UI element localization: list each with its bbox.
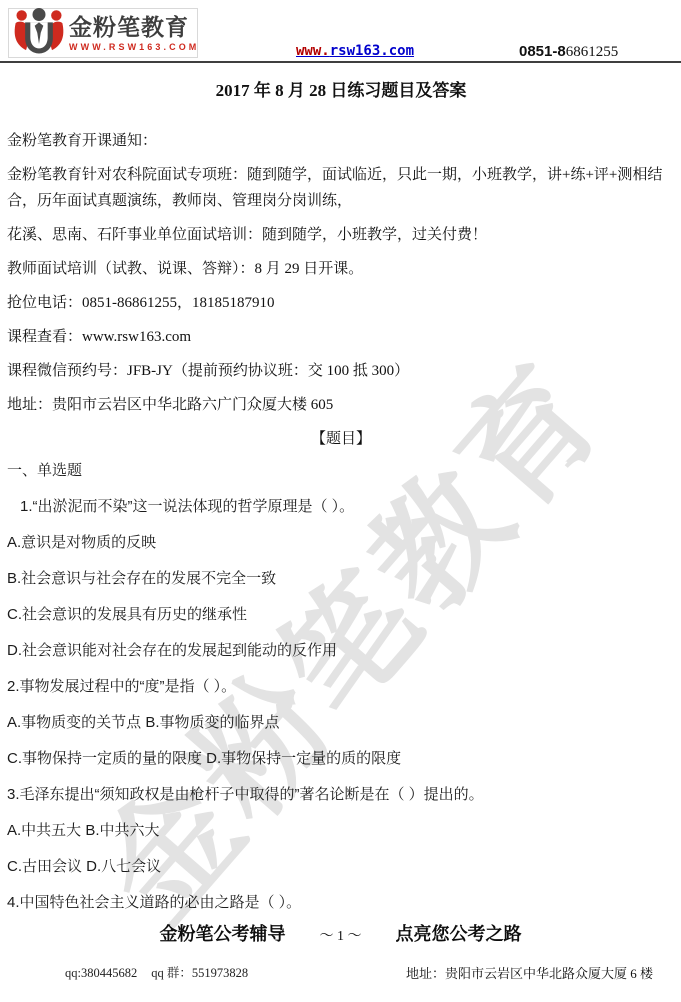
footer-address: 地址：贵阳市云岩区中华北路众厦大厦 6 楼 bbox=[406, 963, 653, 982]
option-line: A.事物质变的关节点 B.事物质变的临界点 bbox=[7, 712, 675, 734]
link-rest: rsw163.com bbox=[330, 43, 414, 59]
notice-line-wechat: 课程微信预约号：JFB-JY（提前预约协议班：交 100 抵 300） bbox=[7, 358, 675, 384]
phone-rest-part: 6861255 bbox=[566, 44, 619, 60]
header-phone: 0851-86861255 bbox=[519, 43, 618, 61]
question-line: 3.毛泽东提出“须知政权是由枪杆子中取得的”著名论断是在（ ）提出的。 bbox=[7, 784, 675, 806]
option-line: A.中共五大 B.中共六大 bbox=[7, 820, 675, 842]
option-line: A.意识是对物质的反映 bbox=[7, 532, 675, 554]
header-website-link[interactable]: www.rsw163.com bbox=[296, 43, 414, 59]
logo-text: 金粉笔教育 WWW.RSW163.COM bbox=[69, 15, 199, 52]
section-marker: 【题目】 bbox=[7, 426, 675, 452]
qq-group-number: qq 群：551973828 bbox=[151, 966, 248, 980]
logo: 金粉笔教育 WWW.RSW163.COM bbox=[8, 8, 198, 58]
notice-line-phone: 抢位电话：0851-86861255，18185187910 bbox=[7, 290, 675, 316]
logo-people-icon bbox=[13, 7, 65, 60]
logo-site-url: WWW.RSW163.COM bbox=[69, 42, 199, 52]
option-line: D.社会意识能对社会存在的发展起到能动的反作用 bbox=[7, 640, 675, 662]
header-divider bbox=[0, 61, 681, 63]
question-line: 4.中国特色社会主义道路的必由之路是（ ）。 bbox=[7, 892, 675, 914]
footer-brand: 金粉笔公考辅导 bbox=[160, 920, 286, 946]
qq-number: qq:380445682 bbox=[65, 966, 137, 980]
document-body: 2017 年 8 月 28 日练习题目及答案 金粉笔教育开课通知： 金粉笔教育针… bbox=[7, 70, 675, 928]
logo-name: 金粉笔教育 bbox=[69, 15, 199, 40]
option-line: C.社会意识的发展具有历史的继承性 bbox=[7, 604, 675, 626]
footer-slogan: 点亮您公考之路 bbox=[396, 920, 522, 946]
question-section-header: 一、单选题 bbox=[7, 460, 675, 482]
question-line: 2.事物发展过程中的“度”是指（ ）。 bbox=[7, 676, 675, 698]
notice-line: 花溪、思南、石阡事业单位面试培训：随到随学，小班教学，过关付费！ bbox=[7, 222, 675, 248]
notice-line-address: 地址：贵阳市云岩区中华北路六广门众厦大楼 605 bbox=[7, 392, 675, 418]
question-line: 1.“出淤泥而不染”这一说法体现的哲学原理是（ ）。 bbox=[7, 496, 675, 518]
link-prefix: www. bbox=[296, 43, 330, 59]
page-number: ～ 1 ～ bbox=[320, 925, 362, 945]
notice-line: 金粉笔教育开课通知： bbox=[7, 128, 675, 154]
footer-banner: 金粉笔公考辅导 ～ 1 ～ 点亮您公考之路 bbox=[0, 920, 681, 946]
notice-line: 教师面试培训（试教、说课、答辩）：8 月 29 日开课。 bbox=[7, 256, 675, 282]
footer-qq-contacts: qq:380445682qq 群：551973828 bbox=[65, 963, 248, 981]
option-line: B.社会意识与社会存在的发展不完全一致 bbox=[7, 568, 675, 590]
notice-line-website: 课程查看：www.rsw163.com bbox=[7, 324, 675, 350]
page-title: 2017 年 8 月 28 日练习题目及答案 bbox=[7, 78, 675, 104]
notice-line: 金粉笔教育针对农科院面试专项班：随到随学，面试临近，只此一期，小班教学，讲+练+… bbox=[7, 162, 675, 214]
document-page: 金粉笔教育 金粉笔教育 WWW.RSW163.COM www.rsw163.co… bbox=[0, 0, 681, 1002]
phone-bold-part: 0851-8 bbox=[519, 43, 566, 60]
option-line: C.古田会议 D.八七会议 bbox=[7, 856, 675, 878]
option-line: C.事物保持一定质的量的限度 D.事物保持一定量的质的限度 bbox=[7, 748, 675, 770]
